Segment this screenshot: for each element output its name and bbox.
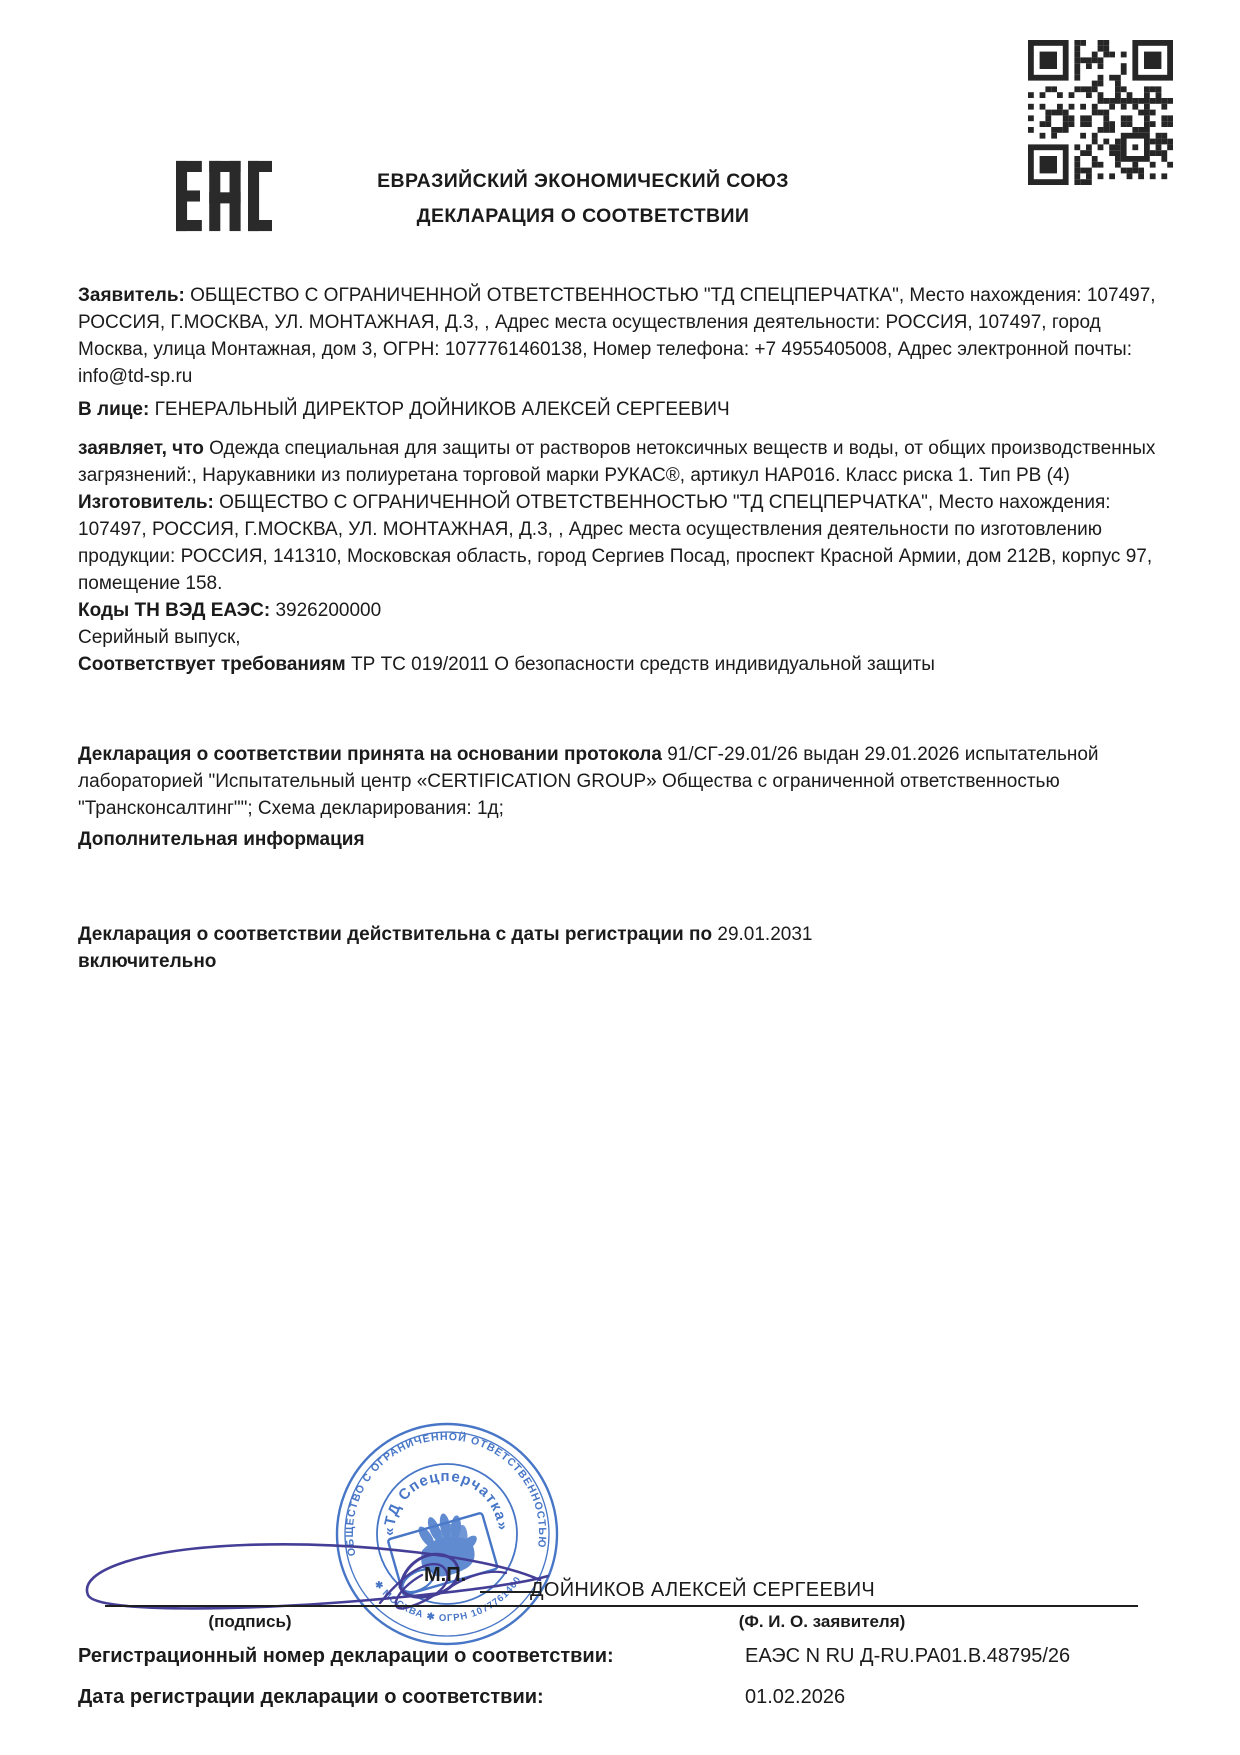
- declaration-document: ЕВРАЗИЙСКИЙ ЭКОНОМИЧЕСКИЙ СОЮЗ ДЕКЛАРАЦИ…: [0, 0, 1240, 1755]
- person-paragraph: В лице: ГЕНЕРАЛЬНЫЙ ДИРЕКТОР ДОЙНИКОВ АЛ…: [78, 396, 1170, 423]
- document-body: Заявитель: ОБЩЕСТВО С ОГРАНИЧЕННОЙ ОТВЕТ…: [78, 282, 1170, 975]
- document-title: ДЕКЛАРАЦИЯ О СООТВЕТСТВИИ: [78, 205, 1088, 228]
- manufacturer-text: ОБЩЕСТВО С ОГРАНИЧЕННОЙ ОТВЕТСТВЕННОСТЬЮ…: [78, 492, 1152, 594]
- conforms-label: Соответствует требованиям: [78, 654, 346, 675]
- tnved-paragraph: Коды ТН ВЭД ЕАЭС: 3926200000: [78, 597, 1170, 624]
- person-label: В лице:: [78, 399, 149, 420]
- mp-seal-label: М.П.: [424, 1564, 466, 1587]
- registration-number-label: Регистрационный номер декларации о соотв…: [78, 1645, 614, 1667]
- signer-name: ДОЙНИКОВ АЛЕКСЕЙ СЕРГЕЕВИЧ: [530, 1579, 875, 1602]
- registration-date-value: 01.02.2026: [745, 1686, 845, 1709]
- applicant-text: ОБЩЕСТВО С ОГРАНИЧЕННОЙ ОТВЕТСТВЕННОСТЬЮ…: [78, 285, 1156, 387]
- basis-label: Декларация о соответствии принята на осн…: [78, 744, 662, 765]
- validity-paragraph: Декларация о соответствии действительна …: [78, 921, 1170, 975]
- person-text: ГЕНЕРАЛЬНЫЙ ДИРЕКТОР ДОЙНИКОВ АЛЕКСЕЙ СЕ…: [149, 399, 729, 420]
- conforms-paragraph: Соответствует требованиям ТР ТС 019/2011…: [78, 651, 1170, 678]
- qr-code: [1028, 40, 1173, 185]
- validity-suffix: включительно: [78, 948, 1170, 975]
- serial-paragraph: Серийный выпуск,: [78, 624, 1170, 651]
- manufacturer-paragraph: Изготовитель: ОБЩЕСТВО С ОГРАНИЧЕННОЙ ОТ…: [78, 489, 1170, 597]
- signature-caption: (подпись): [170, 1612, 330, 1632]
- applicant-paragraph: Заявитель: ОБЩЕСТВО С ОГРАНИЧЕННОЙ ОТВЕТ…: [78, 282, 1170, 390]
- applicant-label: Заявитель:: [78, 285, 185, 306]
- manufacturer-label: Изготовитель:: [78, 492, 214, 513]
- registration-number-row: Регистрационный номер декларации о соотв…: [78, 1645, 1178, 1668]
- declares-text: Одежда специальная для защиты от раствор…: [78, 438, 1155, 486]
- tnved-label: Коды ТН ВЭД ЕАЭС:: [78, 600, 270, 621]
- registration-date-row: Дата регистрации декларации о соответств…: [78, 1686, 1178, 1709]
- declares-paragraph: заявляет, что Одежда специальная для защ…: [78, 435, 1170, 489]
- additional-info-label: Дополнительная информация: [78, 829, 365, 850]
- validity-date: 29.01.2031: [712, 924, 812, 945]
- name-caption: (Ф. И. О. заявителя): [722, 1612, 922, 1632]
- tnved-value: 3926200000: [270, 600, 381, 621]
- additional-info-heading: Дополнительная информация: [78, 826, 1170, 853]
- conforms-text: ТР ТС 019/2011 О безопасности средств ин…: [346, 654, 935, 675]
- union-title: ЕВРАЗИЙСКИЙ ЭКОНОМИЧЕСКИЙ СОЮЗ: [78, 170, 1088, 193]
- registration-number-value: ЕАЭС N RU Д-RU.РА01.В.48795/26: [745, 1645, 1070, 1668]
- basis-paragraph: Декларация о соответствии принята на осн…: [78, 741, 1170, 822]
- registration-date-label: Дата регистрации декларации о соответств…: [78, 1686, 544, 1708]
- validity-label: Декларация о соответствии действительна …: [78, 924, 712, 945]
- signature-line: [105, 1605, 1138, 1607]
- declares-label: заявляет, что: [78, 438, 204, 459]
